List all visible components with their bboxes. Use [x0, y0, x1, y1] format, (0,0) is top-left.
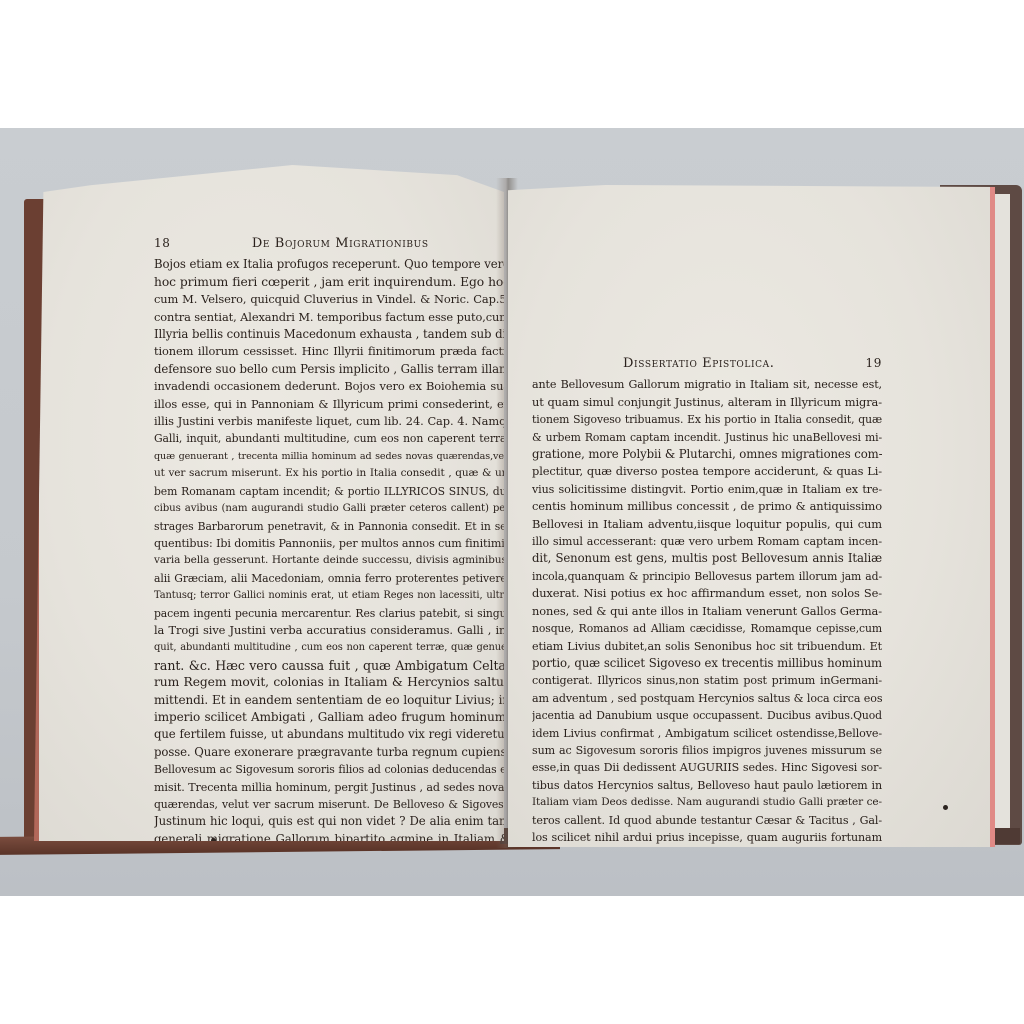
text-line: etiam Livius dubitet,an solis Senonibus …: [532, 638, 882, 655]
running-head: De Bojorum Migrationibus: [252, 235, 429, 252]
text-line: illo simul accesserant: quæ vero urbem R…: [532, 533, 882, 550]
text-line: Tantusq; terror Gallici nominis erat, ut…: [154, 587, 510, 604]
text-line: Illyria bellis continuis Macedonum exhau…: [154, 326, 510, 343]
text-line: cibus avibus (nam augurandi studio Galli…: [154, 500, 510, 517]
text-line: ante Bellovesum Gallorum migratio in Ita…: [532, 376, 882, 393]
right-page-header: Dissertatio Epistolica. 19: [532, 355, 882, 372]
text-line: Galli, inquit, abundanti multitudine, cu…: [154, 430, 510, 447]
text-line: duxerat. Nisi potius ex hoc affirmandum …: [532, 585, 882, 602]
text-line: rum Regem movit, colonias in Italiam & H…: [154, 674, 510, 691]
left-page-text: 18 De Bojorum Migrationibus Bojos etiam …: [154, 235, 510, 883]
text-line: rant. &c. Hæc vero caussa fuit , quæ Amb…: [154, 657, 510, 674]
right-page-text: Dissertatio Epistolica. 19 ante Belloves…: [532, 355, 882, 896]
text-line: am adventum , sed postquam Hercynios sal…: [532, 690, 882, 707]
text-line: incola,quanquam & principio Bellovesus p…: [532, 568, 882, 585]
text-line: tionem Sigoveso tribuamus. Ex his portio…: [532, 411, 882, 428]
text-line: defensore suo bello cum Persis implicito…: [154, 361, 510, 378]
text-line: quærendas, velut ver sacrum miserunt. De…: [154, 796, 510, 813]
text-line: Bojos etiam ex Italia profugos receperun…: [154, 256, 510, 273]
text-line: illis Justini verbis manifeste liquet, c…: [154, 413, 510, 430]
text-line: imperio scilicet Ambigati , Galliam adeo…: [154, 709, 510, 726]
text-line: cum M. Velsero, quicquid Cluverius in Vi…: [154, 291, 510, 308]
text-line: contigerat. Illyricos sinus,non statim p…: [532, 672, 882, 689]
text-line: alii Græciam, alii Macedoniam, omnia fer…: [154, 570, 510, 587]
text-line: Bojos consederant: victis etiam Illyriis…: [532, 881, 882, 896]
text-line: quit, abundanti multitudine , cum eos no…: [154, 639, 510, 656]
right-page-body: ante Bellovesum Gallorum migratio in Ita…: [532, 376, 882, 896]
text-line: strages Barbarorum penetravit, & in Pann…: [154, 518, 510, 535]
text-line: bem Romanam captam incendit; & portio IL…: [154, 483, 510, 500]
text-line: mittendi. Et in eandem sententiam de eo …: [154, 692, 510, 709]
text-line: Bellovesi in Italiam adventu,iisque loqu…: [532, 516, 882, 533]
text-line: dit, Senonum est gens, multis post Bello…: [532, 550, 882, 567]
text-line: posse. Quare exonerare prægravante turba…: [154, 744, 510, 761]
text-line: nones, sed & qui ante illos in Italiam v…: [532, 603, 882, 620]
text-line: nosque, Romanos ad Alliam cæcidisse, Rom…: [532, 620, 882, 637]
running-head: Dissertatio Epistolica.: [623, 355, 774, 372]
photo-background: 18 De Bojorum Migrationibus Bojos etiam …: [0, 128, 1024, 896]
text-line: ut ver sacrum miserunt. Ex his portio in…: [154, 465, 510, 482]
text-line: tibus datos Hercynios saltus, Belloveso …: [532, 777, 882, 794]
text-line: esse,in quas Dii dedissent AUGURIIS sede…: [532, 759, 882, 776]
text-line: ut quam simul conjungit Justinus, altera…: [532, 394, 882, 411]
text-line: idem Livius confirmat , Ambigatum scilic…: [532, 725, 882, 742]
text-line: gratione, more Polybii & Plutarchi, omne…: [532, 446, 882, 463]
text-line: Germanis , qvi viam dare nolebant , & qu…: [532, 864, 882, 881]
text-line: quæ genuerant , trecenta millia hominum …: [154, 448, 510, 465]
text-line: pacem ingenti pecunia mercarentur. Res c…: [154, 605, 510, 622]
text-line: varia bella gesserunt. Hortante deinde s…: [154, 552, 510, 569]
ink-spot: [943, 805, 948, 810]
text-line: la Trogi sive Justini verba accuratius c…: [154, 622, 510, 639]
text-line: invadendi occasionem dederunt. Bojos ver…: [154, 378, 510, 395]
text-line: plectitur, quæ diverso postea tempore ac…: [532, 463, 882, 480]
left-page-body: Bojos etiam ex Italia profugos receperun…: [154, 256, 510, 865]
text-line: teros callent. Id quod abunde testantur …: [532, 812, 882, 829]
text-line: Bellovesum ac Sigovesum sororis filios a…: [154, 761, 510, 778]
text-line: hoc primum fieri cœperit , jam erit inqu…: [154, 274, 510, 291]
left-page-header: 18 De Bojorum Migrationibus: [154, 235, 510, 252]
text-line: sum ac Sigovesum sororis filios impigros…: [532, 742, 882, 759]
text-line: centis hominum millibus concessit , de p…: [532, 498, 882, 515]
text-line: los scilicet nihil ardui prius incepisse…: [532, 829, 882, 846]
text-line: Italiam viam Deos dedisse. Nam augurandi…: [532, 794, 882, 811]
text-line: portio, quæ scilicet Sigoveso ex trecent…: [532, 655, 882, 672]
text-line: & urbem Romam captam incendit. Justinus …: [532, 429, 882, 446]
text-line: tionem illorum cessisset. Hinc Illyrii f…: [154, 343, 510, 360]
text-line: tentaverint. Per strages Barbarorum pene…: [532, 846, 882, 863]
page-number: 18: [154, 235, 170, 252]
text-line: que fertilem fuisse, ut abundans multitu…: [154, 726, 510, 743]
text-line: quentibus: Ibi domitis Pannoniis, per mu…: [154, 535, 510, 552]
text-line: contra sentiat, Alexandri M. temporibus …: [154, 309, 510, 326]
right-page: Dissertatio Epistolica. 19 ante Belloves…: [508, 185, 995, 847]
text-line: Justinum hic loqui, quis est qui non vid…: [154, 813, 510, 830]
catchword: ante: [154, 866, 510, 883]
left-page: 18 De Bojorum Migrationibus Bojos etiam …: [34, 165, 504, 841]
text-line: jacentia ad Danubium usque occupassent. …: [532, 707, 882, 724]
text-line: illos esse, qui in Pannoniam & Illyricum…: [154, 396, 510, 413]
text-line: misit. Trecenta millia hominum, pergit J…: [154, 779, 510, 796]
page-number: 19: [866, 355, 882, 372]
text-line: vius solicitissime distingvit. Portio en…: [532, 481, 882, 498]
